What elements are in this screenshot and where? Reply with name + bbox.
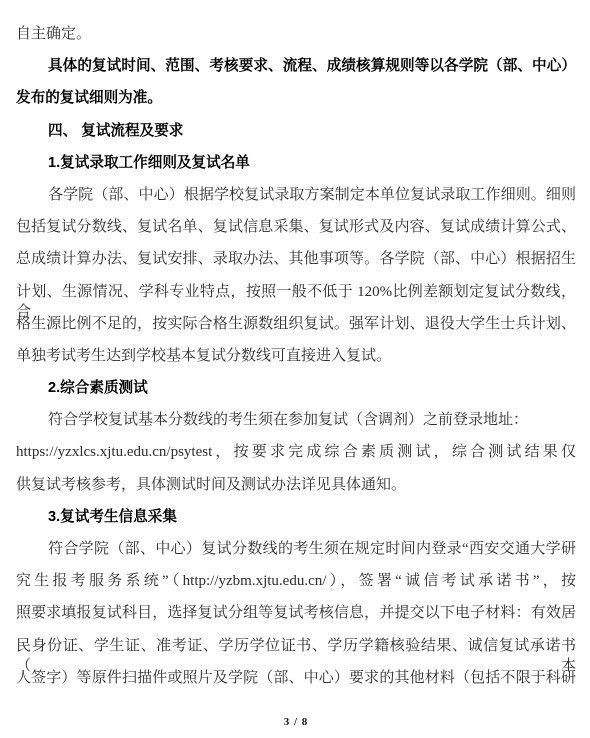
text-line: 人签字）等原件扫描件或照片及学院（部、中心）要求的其他材料（包括不限于科研	[16, 668, 576, 700]
text-line: 究生报考服务系统”（http://yzbm.xjtu.edu.cn/），签署“诚…	[16, 571, 576, 603]
heading-line: 具体的复试时间、范围、考核要求、流程、成绩核算规则等以各学院（部、中心）	[16, 56, 576, 88]
text-line: 符合学院（部、中心）复试分数线的考生须在规定时间内登录“西安交通大学研	[16, 539, 576, 571]
text-line: 格生源比例不足的，按实际合格生源数组织复试。强军计划、退役大学生士兵计划、	[16, 314, 576, 346]
text-line: 符合学校复试基本分数线的考生须在参加复试（含调剂）之前登录地址：	[16, 410, 576, 442]
text-line: 包括复试分数线、复试名单、复试信息采集、复试形式及内容、复试成绩计算公式、	[16, 217, 576, 249]
text-line: 民身份证、学生证、准考证、学历学位证书、学历学籍核验结果、诚信复试承诺书（本	[16, 636, 576, 668]
heading-line: 1.复试录取工作细则及复试名单	[16, 153, 576, 185]
heading-line: 3.复试考生信息采集	[16, 507, 576, 539]
text-line: https://yzxlcs.xjtu.edu.cn/psytest，按要求完成…	[16, 442, 576, 474]
document-page: 自主确定。具体的复试时间、范围、考核要求、流程、成绩核算规则等以各学院（部、中心…	[0, 0, 590, 738]
text-line: 总成绩计算办法、复试安排、录取办法、其他事项等。各学院（部、中心）根据招生	[16, 249, 576, 281]
heading-line: 2.综合素质测试	[16, 378, 576, 410]
text-line: 自主确定。	[16, 24, 576, 56]
text-line: 各学院（部、中心）根据学校复试录取方案制定本单位复试录取工作细则。细则	[16, 185, 576, 217]
text-line: 单独考试考生达到学校基本复试分数线可直接进入复试。	[16, 346, 576, 378]
heading-line: 发布的复试细则为准。	[16, 88, 576, 120]
document-body: 自主确定。具体的复试时间、范围、考核要求、流程、成绩核算规则等以各学院（部、中心…	[16, 24, 576, 700]
text-line: 计划、生源情况、学科专业特点，按照一般不低于 120%比例差额划定复试分数线，合	[16, 282, 576, 314]
heading-line: 四、 复试流程及要求	[16, 121, 576, 153]
text-line: 供复试考核参考，具体测试时间及测试办法详见具体通知。	[16, 475, 576, 507]
text-line: 照要求填报复试科目，选择复试分组等复试考核信息，并提交以下电子材料：有效居	[16, 603, 576, 635]
page-number: 3 / 8	[16, 716, 576, 728]
